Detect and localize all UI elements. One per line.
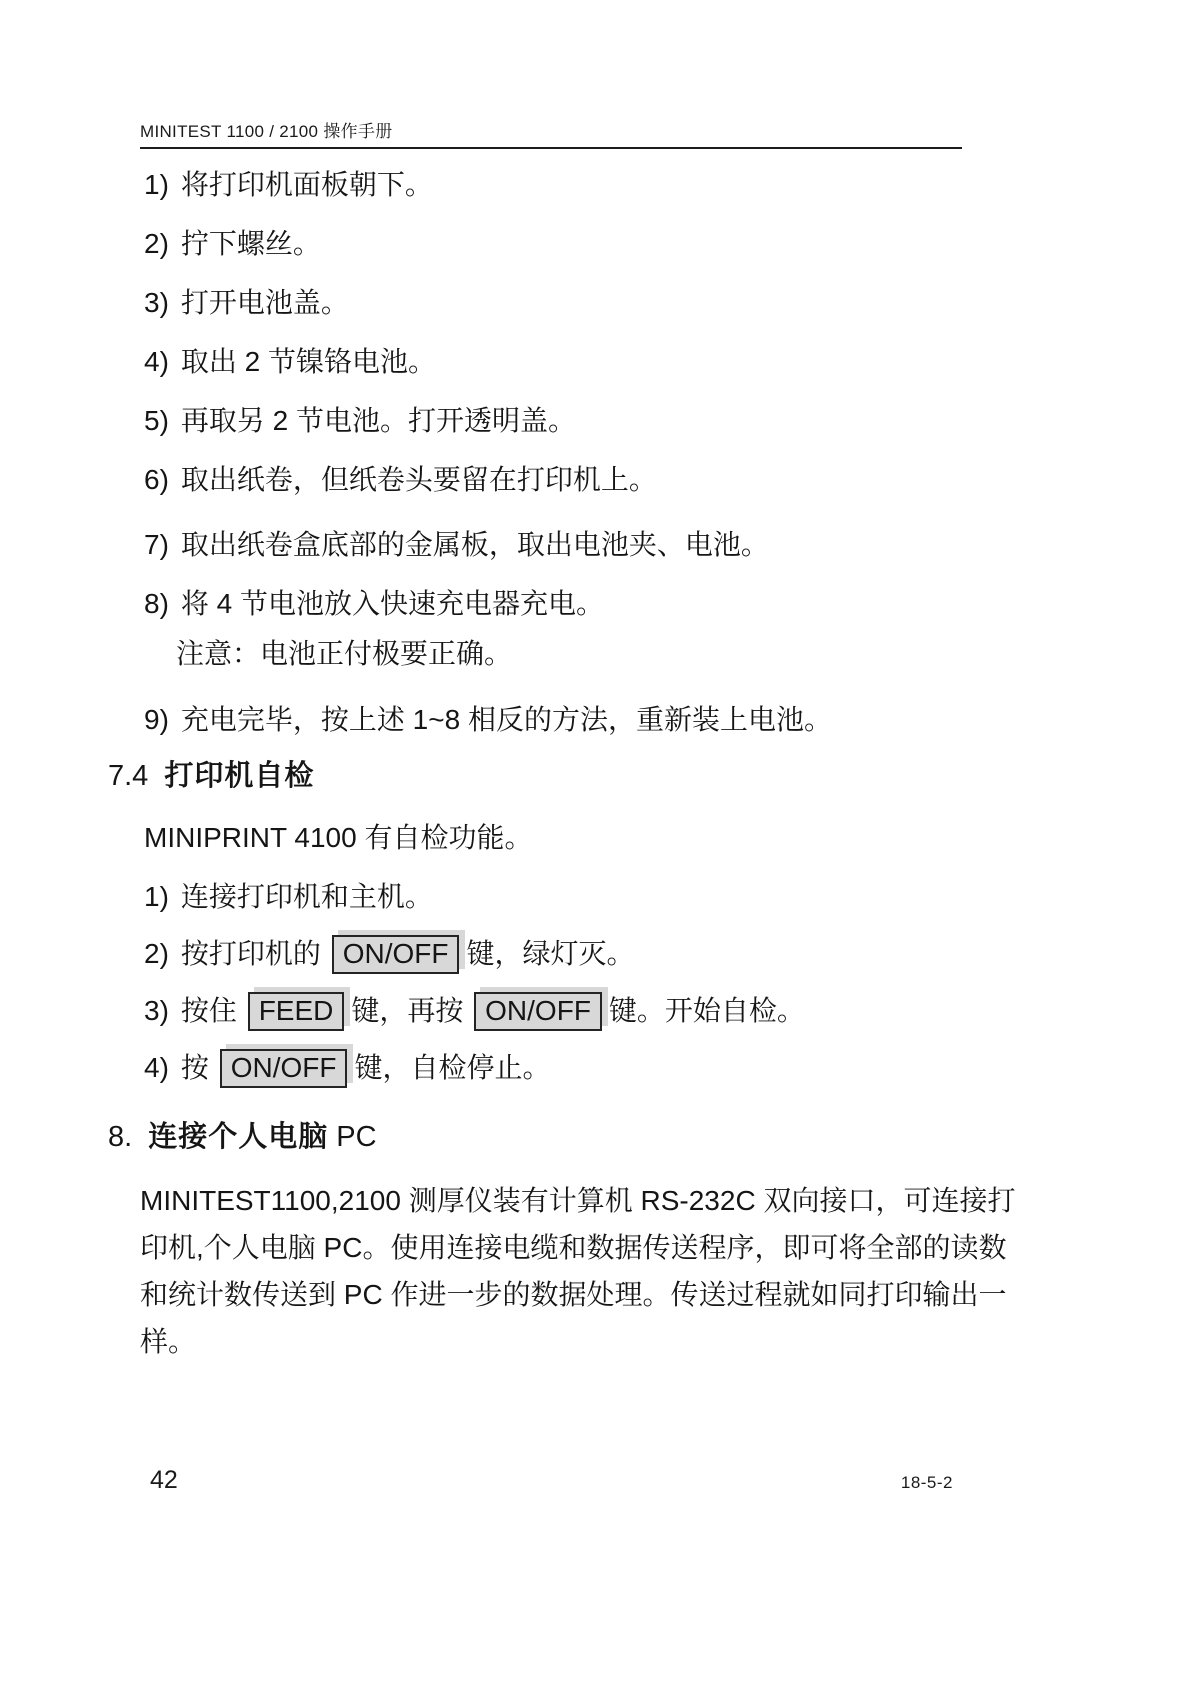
section-title: 打印机自检 <box>164 760 314 792</box>
battery-step-4: 4)取出 2 节镍铬电池。 <box>144 346 962 377</box>
item-number: 1) <box>144 169 169 200</box>
item-text: 取出纸卷盒底部的金属板，取出电池夹、电池。 <box>181 529 769 560</box>
on-off-key-label: ON/OFF <box>220 1049 348 1088</box>
item-text: 将打印机面板朝下。 <box>181 169 433 200</box>
on-off-key-label: ON/OFF <box>332 935 460 974</box>
battery-note: 注意：电池正付极要正确。 <box>176 638 962 669</box>
battery-step-1: 1)将打印机面板朝下。 <box>144 169 962 200</box>
item-text: 键。开始自检。 <box>609 995 805 1026</box>
item-text: 按住 <box>181 995 245 1026</box>
item-text: 取出 2 节镍铬电池。 <box>181 346 436 377</box>
item-number: 9) <box>144 704 169 735</box>
item-number: 3) <box>144 287 169 318</box>
doc-code: 18-5-2 <box>901 1473 953 1493</box>
self-test-step-4: 4)按 ON/OFF键，自检停止。 <box>144 1052 962 1083</box>
header-rule <box>140 147 962 149</box>
item-number: 4) <box>144 1052 169 1083</box>
paragraph-line: 样。 <box>140 1318 962 1365</box>
section-7-4-heading: 7.4打印机自检 <box>108 761 962 792</box>
battery-step-7: 7)取出纸卷盒底部的金属板，取出电池夹、电池。 <box>144 529 962 560</box>
battery-step-5: 5)再取另 2 节电池。打开透明盖。 <box>144 405 962 436</box>
page-header-title: MINITEST 1100 / 2100 操作手册 <box>140 122 962 142</box>
page-number: 42 <box>150 1466 178 1495</box>
item-text: 键，再按 <box>351 995 471 1026</box>
paragraph-line: MINITEST1100,2100 测厚仪装有计算机 RS-232C 双向接口，… <box>140 1177 962 1224</box>
item-number: 7) <box>144 529 169 560</box>
on-off-key-label: ON/OFF <box>474 992 602 1031</box>
section-number: 8. <box>108 1121 132 1153</box>
item-number: 3) <box>144 995 169 1026</box>
item-number: 5) <box>144 405 169 436</box>
self-test-step-2: 2)按打印机的 ON/OFF键，绿灯灭。 <box>144 938 962 969</box>
item-number: 2) <box>144 938 169 969</box>
item-text: 键，绿灯灭。 <box>466 938 634 969</box>
section-8-heading: 8.连接个人电脑 PC <box>108 1122 962 1153</box>
item-text: 键，自检停止。 <box>354 1052 550 1083</box>
section-title-suffix: PC <box>328 1121 376 1153</box>
item-number: 2) <box>144 228 169 259</box>
item-text: 充电完毕，按上述 1~8 相反的方法，重新装上电池。 <box>181 704 832 735</box>
battery-step-2: 2)拧下螺丝。 <box>144 228 962 259</box>
item-text: 按打印机的 <box>181 938 329 969</box>
item-text: 按 <box>181 1052 217 1083</box>
item-number: 8) <box>144 588 169 619</box>
battery-step-8: 8)将 4 节电池放入快速充电器充电。 <box>144 588 962 619</box>
item-text: 将 4 节电池放入快速充电器充电。 <box>181 588 604 619</box>
item-number: 4) <box>144 346 169 377</box>
paragraph-line: 印机,个人电脑 PC。使用连接电缆和数据传送程序，即可将全部的读数 <box>140 1224 962 1271</box>
battery-step-9: 9)充电完毕，按上述 1~8 相反的方法，重新装上电池。 <box>144 704 962 735</box>
item-number: 1) <box>144 881 169 912</box>
item-text: 再取另 2 节电池。打开透明盖。 <box>181 405 576 436</box>
item-number: 6) <box>144 464 169 495</box>
page-footer: 42 18-5-2 <box>150 1466 953 1495</box>
self-test-intro: MINIPRINT 4100 有自检功能。 <box>144 822 962 853</box>
item-text: 拧下螺丝。 <box>181 228 321 259</box>
section-number: 7.4 <box>108 760 148 792</box>
item-text: 取出纸卷，但纸卷头要留在打印机上。 <box>181 464 657 495</box>
section-title: 连接个人电脑 <box>148 1121 328 1153</box>
manual-page: MINITEST 1100 / 2100 操作手册 1)将打印机面板朝下。 2)… <box>0 0 1199 1697</box>
self-test-step-1: 1)连接打印机和主机。 <box>144 881 962 912</box>
feed-key-label: FEED <box>248 992 345 1031</box>
item-text: 连接打印机和主机。 <box>181 881 433 912</box>
pc-section-paragraph: MINITEST1100,2100 测厚仪装有计算机 RS-232C 双向接口，… <box>140 1177 962 1365</box>
battery-step-3: 3)打开电池盖。 <box>144 287 962 318</box>
battery-step-6: 6)取出纸卷，但纸卷头要留在打印机上。 <box>144 464 962 495</box>
paragraph-line: 和统计数传送到 PC 作进一步的数据处理。传送过程就如同打印输出一 <box>140 1271 962 1318</box>
item-text: 打开电池盖。 <box>181 287 349 318</box>
self-test-step-3: 3)按住 FEED键，再按 ON/OFF键。开始自检。 <box>144 995 962 1026</box>
